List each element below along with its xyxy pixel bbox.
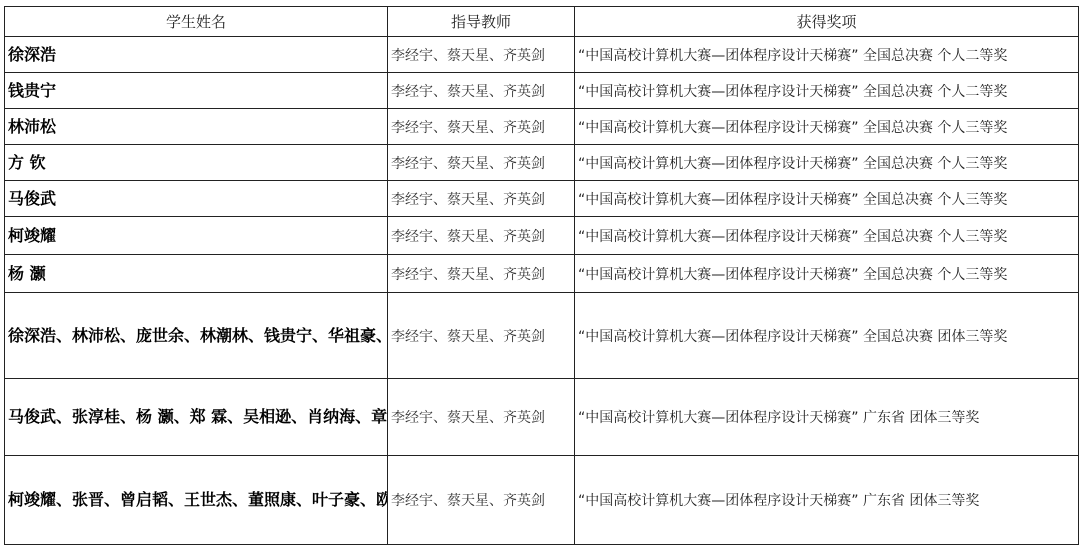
table-row: 徐深浩 李经宇、蔡天星、齐英剑 “中国高校计算机大赛—团体程序设计天梯赛” 全国… — [5, 37, 1079, 73]
teacher-cell: 李经宇、蔡天星、齐英剑 — [388, 255, 575, 293]
table-row: 林沛松 李经宇、蔡天星、齐英剑 “中国高校计算机大赛—团体程序设计天梯赛” 全国… — [5, 109, 1079, 145]
award-cell: “中国高校计算机大赛—团体程序设计天梯赛” 全国总决赛 个人二等奖 — [575, 73, 1079, 109]
award-cell: “中国高校计算机大赛—团体程序设计天梯赛” 全国总决赛 个人二等奖 — [575, 37, 1079, 73]
table-row: 徐深浩、林沛松、庞世余、林潮林、钱贵宁、华祖豪、王海宏、方 钦、罗培东、康惠彬 … — [5, 293, 1079, 379]
student-cell: 徐深浩 — [5, 37, 388, 73]
award-cell: “中国高校计算机大赛—团体程序设计天梯赛” 广东省 团体三等奖 — [575, 456, 1079, 545]
teacher-cell: 李经宇、蔡天星、齐英剑 — [388, 456, 575, 545]
table-row: 马俊武 李经宇、蔡天星、齐英剑 “中国高校计算机大赛—团体程序设计天梯赛” 全国… — [5, 181, 1079, 217]
award-cell: “中国高校计算机大赛—团体程序设计天梯赛” 全国总决赛 个人三等奖 — [575, 145, 1079, 181]
award-cell: “中国高校计算机大赛—团体程序设计天梯赛” 全国总决赛 个人三等奖 — [575, 217, 1079, 255]
table-row: 方 钦 李经宇、蔡天星、齐英剑 “中国高校计算机大赛—团体程序设计天梯赛” 全国… — [5, 145, 1079, 181]
award-cell: “中国高校计算机大赛—团体程序设计天梯赛” 全国总决赛 团体三等奖 — [575, 293, 1079, 379]
student-cell: 马俊武 — [5, 181, 388, 217]
award-cell: “中国高校计算机大赛—团体程序设计天梯赛” 全国总决赛 个人三等奖 — [575, 181, 1079, 217]
teacher-cell: 李经宇、蔡天星、齐英剑 — [388, 379, 575, 456]
table-row: 杨 灏 李经宇、蔡天星、齐英剑 “中国高校计算机大赛—团体程序设计天梯赛” 全国… — [5, 255, 1079, 293]
table-row: 马俊武、张淳桂、杨 灏、郑 霖、吴相逊、肖纳海、章振源、刘泽驰、邓宗龙、郭展帆 … — [5, 379, 1079, 456]
header-student-name: 学生姓名 — [5, 7, 388, 37]
teacher-cell: 李经宇、蔡天星、齐英剑 — [388, 181, 575, 217]
student-cell: 方 钦 — [5, 145, 388, 181]
teacher-cell: 李经宇、蔡天星、齐英剑 — [388, 73, 575, 109]
teacher-cell: 李经宇、蔡天星、齐英剑 — [388, 37, 575, 73]
teacher-cell: 李经宇、蔡天星、齐英剑 — [388, 145, 575, 181]
student-cell: 杨 灏 — [5, 255, 388, 293]
student-cell: 柯竣耀、张晋、曾启韬、王世杰、董照康、叶子豪、欧伟凯、陈在宏、邓洋哲、许晓蝶 — [5, 456, 388, 545]
table-row: 柯竣耀 李经宇、蔡天星、齐英剑 “中国高校计算机大赛—团体程序设计天梯赛” 全国… — [5, 217, 1079, 255]
header-advisor: 指导教师 — [388, 7, 575, 37]
student-cell: 钱贵宁 — [5, 73, 388, 109]
teacher-cell: 李经宇、蔡天星、齐英剑 — [388, 217, 575, 255]
header-award: 获得奖项 — [575, 7, 1079, 37]
student-cell: 林沛松 — [5, 109, 388, 145]
award-cell: “中国高校计算机大赛—团体程序设计天梯赛” 全国总决赛 个人三等奖 — [575, 255, 1079, 293]
table-row: 钱贵宁 李经宇、蔡天星、齐英剑 “中国高校计算机大赛—团体程序设计天梯赛” 全国… — [5, 73, 1079, 109]
table-row: 柯竣耀、张晋、曾启韬、王世杰、董照康、叶子豪、欧伟凯、陈在宏、邓洋哲、许晓蝶 李… — [5, 456, 1079, 545]
awards-table: 学生姓名 指导教师 获得奖项 徐深浩 李经宇、蔡天星、齐英剑 “中国高校计算机大… — [4, 6, 1079, 545]
award-cell: “中国高校计算机大赛—团体程序设计天梯赛” 全国总决赛 个人三等奖 — [575, 109, 1079, 145]
award-cell: “中国高校计算机大赛—团体程序设计天梯赛” 广东省 团体三等奖 — [575, 379, 1079, 456]
student-cell: 柯竣耀 — [5, 217, 388, 255]
header-row: 学生姓名 指导教师 获得奖项 — [5, 7, 1079, 37]
student-cell: 徐深浩、林沛松、庞世余、林潮林、钱贵宁、华祖豪、王海宏、方 钦、罗培东、康惠彬 — [5, 293, 388, 379]
teacher-cell: 李经宇、蔡天星、齐英剑 — [388, 109, 575, 145]
student-cell: 马俊武、张淳桂、杨 灏、郑 霖、吴相逊、肖纳海、章振源、刘泽驰、邓宗龙、郭展帆 — [5, 379, 388, 456]
teacher-cell: 李经宇、蔡天星、齐英剑 — [388, 293, 575, 379]
